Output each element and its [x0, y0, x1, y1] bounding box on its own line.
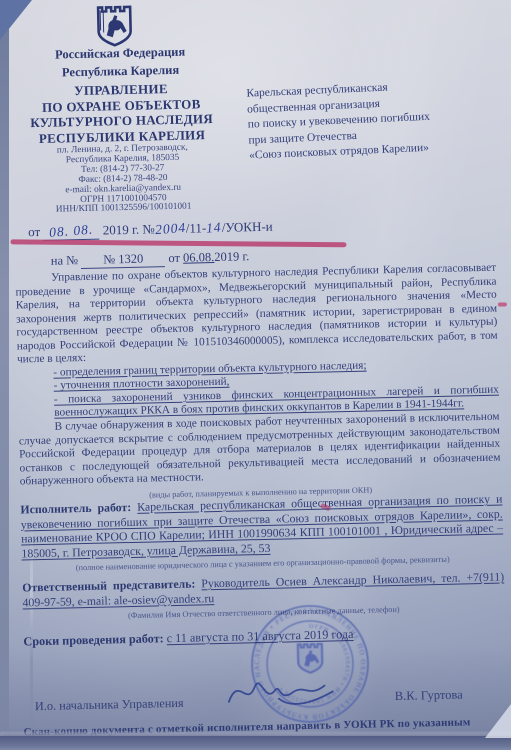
number-suffix-tail: /УОКН-и [222, 219, 273, 235]
handwritten-date: 08. 08. [49, 222, 94, 241]
handwritten-number-suffix: 14 [206, 219, 223, 236]
number-suffix: /11- [186, 220, 207, 235]
signer-name: В.К. Гуртова [395, 688, 463, 705]
signer-position: И.о. начальника Управления [35, 696, 184, 714]
number-sign: № [142, 221, 155, 236]
handwritten-number: 2004 [154, 220, 186, 238]
incoming-date: 06.08. [183, 250, 215, 265]
document-content: Российская Федерация Республика Карелия … [0, 0, 511, 750]
letterhead-address: пл. Ленина, д. 2, г. Петрозаводск, Респу… [11, 143, 235, 217]
ref-ot: от [168, 251, 180, 265]
org-title: УПРАВЛЕНИЕ ПО ОХРАНЕ ОБЪЕКТОВ КУЛЬТУРНОГ… [3, 79, 240, 146]
date-prefix: от [28, 224, 40, 239]
letterhead-country: Российская Федерация Республика Карелия [9, 43, 232, 83]
incoming-year: 2019 г. [214, 249, 249, 264]
body-paragraph-1: Управление по охране объектов культурног… [15, 262, 498, 368]
handwritten-signature [220, 661, 341, 719]
body-paragraph-2: В случае обнаружения в ходе поисковых ра… [18, 411, 500, 490]
region-line: Республика Карелия [9, 60, 231, 83]
incoming-reference-line: на № № 1320 от 06.08.2019 г. [51, 249, 250, 269]
paper-bottom-right-corner [485, 704, 511, 738]
terms-label: Сроки проведения работ: [23, 631, 164, 648]
outgoing-number-line: от 08. 08. 2019 г. №2004/11-14/УОКН-и [28, 219, 273, 242]
karelia-coat-of-arms-icon [91, 4, 138, 51]
executor-section: Исполнитель работ: Карельская республика… [20, 492, 504, 578]
recipient-block: Карельская республиканская общественная … [246, 77, 481, 165]
background-bottom-band [0, 736, 511, 750]
pink-marker-underline [10, 239, 346, 247]
date-year: 2019 г. [103, 222, 140, 238]
letter-body: Управление по охране объектов культурног… [15, 262, 501, 505]
pink-mark [498, 302, 507, 306]
ref-prefix: на № [51, 253, 79, 268]
document-photo: Российская Федерация Республика Карелия … [0, 0, 511, 750]
incoming-number: № 1320 [81, 251, 165, 269]
